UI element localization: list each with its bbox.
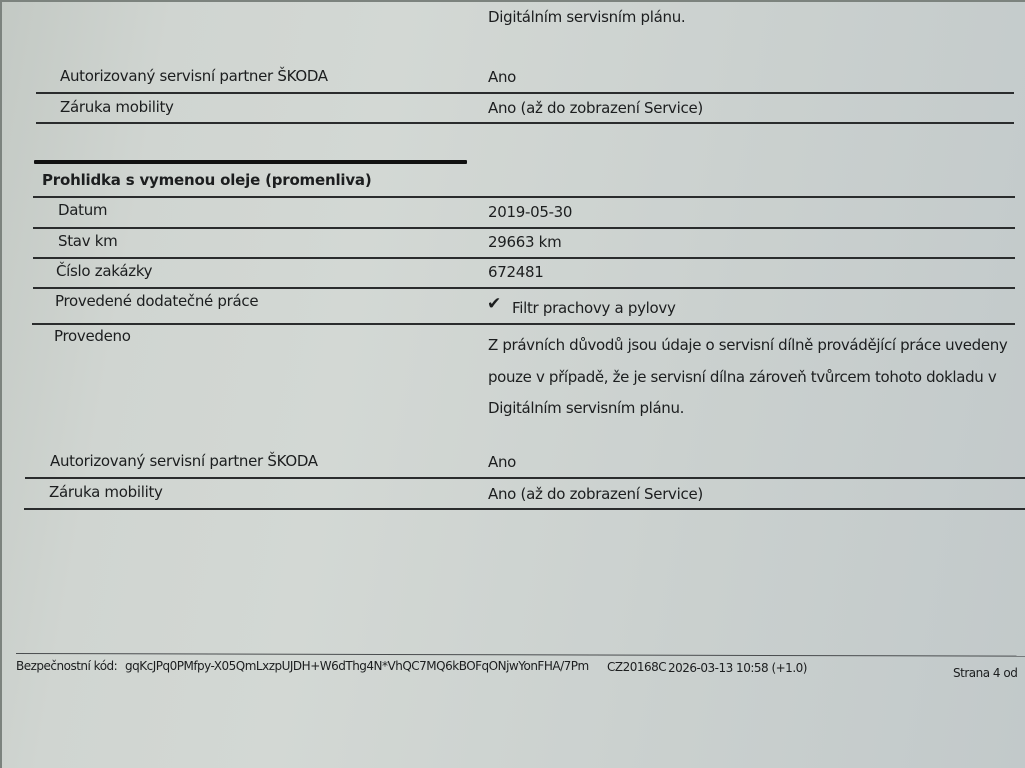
row-divider: [32, 323, 1015, 325]
row-label-order-number: Číslo zakázky: [56, 264, 152, 279]
row-label-performed: Provedeno: [54, 329, 131, 344]
performed-disclaimer: Z právních důvodů jsou údaje o servisní …: [488, 330, 1018, 425]
footer-divider: [16, 653, 1025, 657]
row-label-authorized-partner: Autorizovaný servisní partner ŠKODA: [60, 69, 328, 84]
row-value-mobility-warranty: Ano (až do zobrazení Service): [488, 487, 703, 502]
row-value-authorized-partner: Ano: [488, 455, 516, 470]
dealer-code: CZ20168C: [607, 661, 666, 673]
row-label-mobility-warranty: Záruka mobility: [60, 100, 174, 115]
disclaimer-line: Z právních důvodů jsou údaje o servisní …: [488, 330, 1018, 362]
security-code: gqKcJPq0PMfpy-X05QmLxzpUJDH+W6dThg4N*VhQ…: [125, 660, 589, 672]
row-divider: [24, 508, 1025, 510]
page-indicator: Strana 4 od: [953, 667, 1017, 679]
row-divider: [33, 227, 1015, 229]
row-divider: [33, 257, 1015, 259]
row-label-date: Datum: [58, 203, 107, 218]
row-label-mileage: Stav km: [58, 234, 117, 249]
disclaimer-line: Digitálním servisním plánu.: [488, 393, 1018, 425]
row-value-mileage: 29663 km: [488, 235, 561, 250]
row-divider: [25, 477, 1025, 479]
page-label: Strana: [953, 666, 990, 680]
row-value-mobility-warranty: Ano (až do zobrazení Service): [488, 101, 703, 116]
check-icon: ✔: [487, 296, 501, 313]
row-divider: [36, 92, 1014, 94]
row-divider: [36, 122, 1014, 124]
row-value-authorized-partner: Ano: [488, 70, 516, 85]
photo-edge-top: [0, 0, 1025, 2]
page-of: od: [1003, 666, 1017, 680]
disclaimer-line: pouze v případě, že je servisní dílna zá…: [488, 362, 1018, 394]
row-divider: [33, 287, 1015, 289]
row-divider: [33, 196, 1015, 198]
security-code-label: Bezpečnostní kód:: [16, 660, 117, 672]
row-label-additional-work: Provedené dodatečné práce: [55, 294, 258, 309]
row-value-order-number: 672481: [488, 265, 543, 280]
row-value-date: 2019-05-30: [488, 205, 572, 220]
photo-edge-left: [0, 0, 2, 768]
section-title: Prohlidka s vymenou oleje (promenliva): [42, 171, 371, 189]
provedeno-tail-text: Digitálním servisním plánu.: [488, 10, 685, 25]
row-value-additional-work: Filtr prachovy a pylovy: [512, 301, 676, 316]
print-timestamp: 2026-03-13 10:58 (+1.0): [668, 662, 807, 674]
row-label-mobility-warranty: Záruka mobility: [49, 485, 163, 500]
page-number: 4: [993, 666, 1000, 680]
section-heading-bar: [34, 160, 467, 164]
row-label-authorized-partner: Autorizovaný servisní partner ŠKODA: [50, 454, 318, 469]
